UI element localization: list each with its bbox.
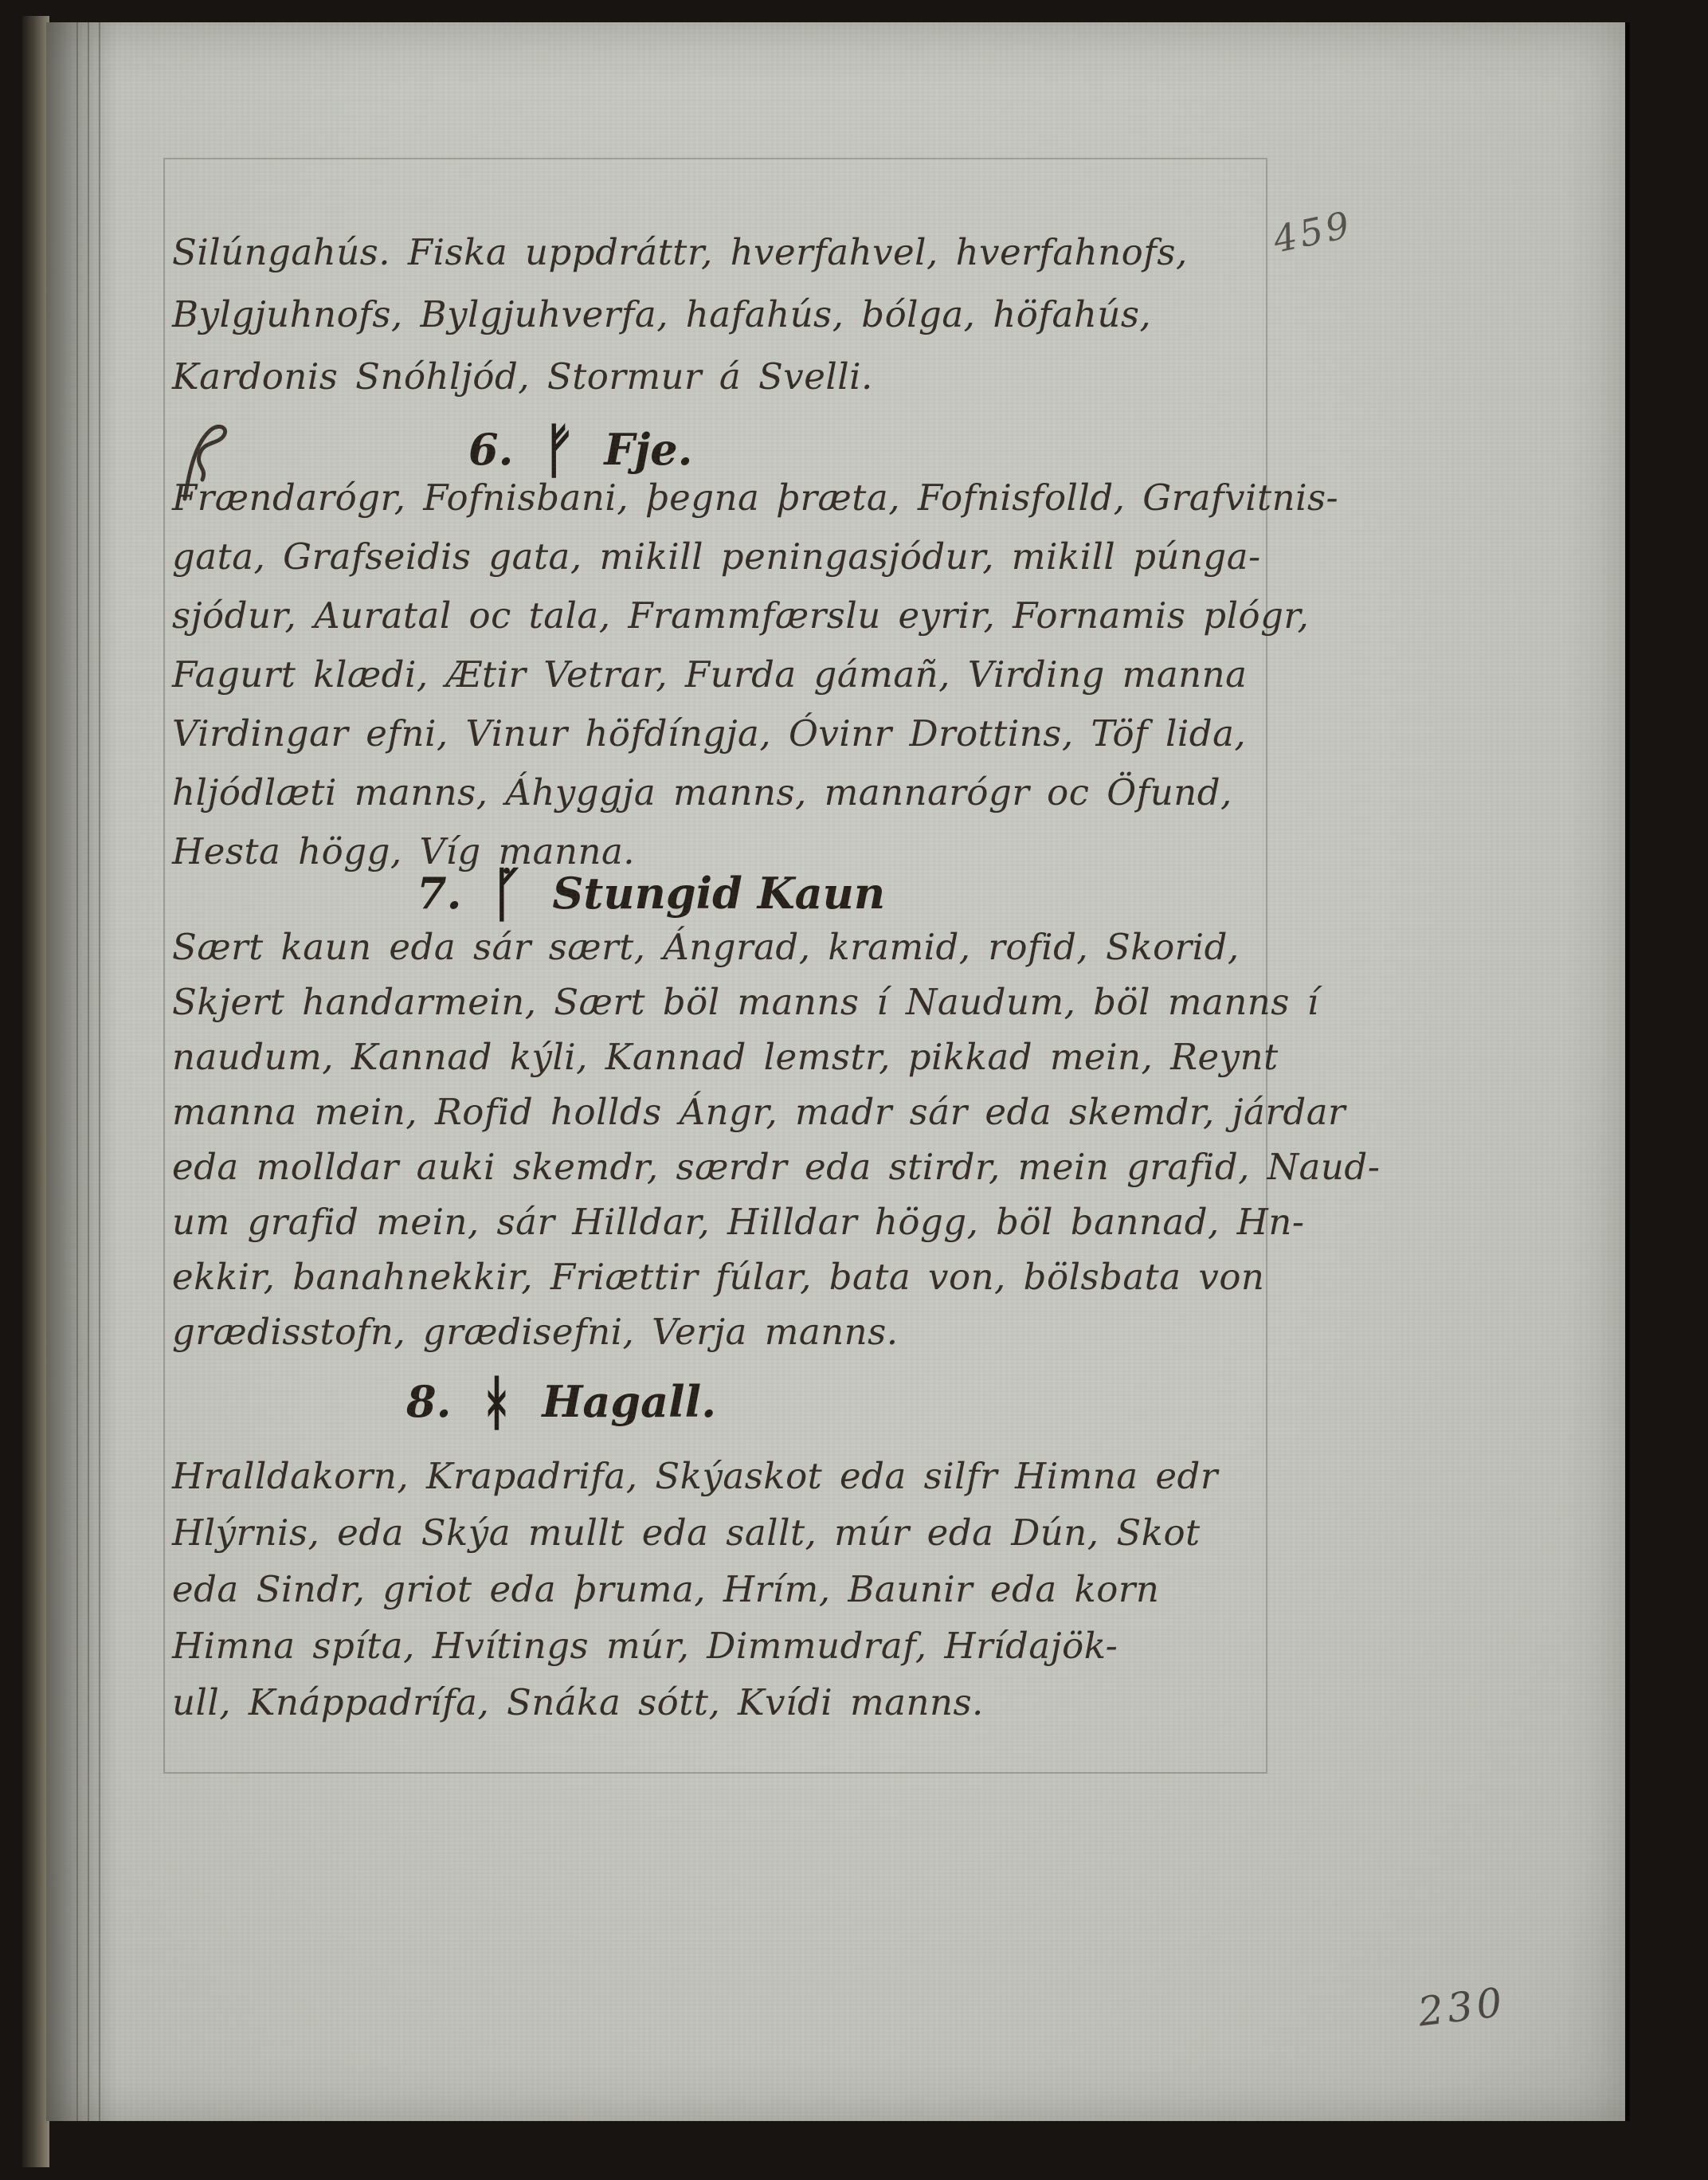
section-title: Stungid Kaun [552, 868, 885, 919]
page-edge-line [99, 22, 100, 2121]
text-line: Kardonis Snóhljód, Stormur á Svelli. [172, 355, 1188, 418]
text-line: Fagurt klædi, Ætir Vetrar, Furda gámañ, … [172, 653, 1338, 712]
text-line: Skjert handarmein, Sært böl manns í Naud… [172, 981, 1380, 1036]
text-line: Bylgjuhnofs, Bylgjuhverfa, hafahús, bólg… [172, 293, 1188, 355]
section-heading-fje: 6. ᚠ Fje. [468, 417, 692, 485]
manuscript-page: 459 Silúngahús. Fiska uppdráttr, hverfah… [46, 22, 1625, 2121]
text-line: naudum, Kannad kýli, Kannad lemstr, pikk… [172, 1036, 1380, 1091]
section-heading-stungid-kaun: 7. ᚵ Stungid Kaun [417, 861, 885, 929]
paragraph-2: Frændarógr, Fofnisbani, þegna þræta, Fof… [172, 476, 1338, 889]
section-title: Hagall. [542, 1376, 716, 1427]
gutter-shadow [46, 22, 118, 2121]
page-edge-line [88, 22, 89, 2121]
paragraph-4: Hralldakorn, Krapadrifa, Skýaskot eda si… [172, 1455, 1218, 1738]
section-number: 6. [468, 424, 513, 475]
text-line: eda molldar auki skemdr, særdr eda stird… [172, 1146, 1380, 1201]
dotted-kaun-rune-glyph: ᚵ [489, 861, 524, 929]
text-line: sjódur, Auratal oc tala, Frammfærslu eyr… [172, 594, 1338, 653]
text-line: gata, Grafseidis gata, mikill peningasjó… [172, 535, 1338, 594]
section-heading-hagall: 8. ᚼ Hagall. [406, 1369, 716, 1437]
section-number: 8. [406, 1376, 451, 1427]
hagall-rune-glyph: ᚼ [479, 1369, 514, 1437]
paragraph-3: Sært kaun eda sár sært, Ángrad, kramid, … [172, 926, 1380, 1366]
text-line: Hralldakorn, Krapadrifa, Skýaskot eda si… [172, 1455, 1218, 1511]
book-page-edges [22, 16, 49, 2167]
folio-number: 459 [1269, 202, 1356, 261]
text-line: manna mein, Rofid hollds Ángr, madr sár … [172, 1091, 1380, 1146]
text-line: um grafid mein, sár Hilldar, Hilldar hög… [172, 1201, 1380, 1256]
text-line: ull, Knáppadrífa, Snáka sótt, Kvídi mann… [172, 1681, 1218, 1738]
page-number: 230 [1416, 1978, 1509, 2035]
text-line: eda Sindr, griot eda þruma, Hrím, Baunir… [172, 1568, 1218, 1625]
text-line: Hlýrnis, eda Skýa mullt eda sallt, múr e… [172, 1511, 1218, 1568]
section-title: Fje. [604, 424, 692, 475]
text-line: Virdingar efni, Vinur höfdíngja, Óvinr D… [172, 712, 1338, 771]
page-edge-line [76, 22, 78, 2121]
text-line: Silúngahús. Fiska uppdráttr, hverfahvel,… [172, 231, 1188, 293]
text-line: ekkir, banahnekkir, Friættir fúlar, bata… [172, 1256, 1380, 1311]
fe-rune-glyph: ᚠ [541, 417, 576, 485]
text-line: grædisstofn, grædisefni, Verja manns. [172, 1311, 1380, 1366]
text-line: Frændarógr, Fofnisbani, þegna þræta, Fof… [172, 476, 1338, 535]
paragraph-1: Silúngahús. Fiska uppdráttr, hverfahvel,… [172, 231, 1188, 418]
text-line: Sært kaun eda sár sært, Ángrad, kramid, … [172, 926, 1380, 981]
section-number: 7. [417, 868, 461, 919]
manuscript-scan: 459 Silúngahús. Fiska uppdráttr, hverfah… [0, 0, 1708, 2180]
text-line: Himna spíta, Hvítings múr, Dimmudraf, Hr… [172, 1625, 1218, 1681]
text-line: hljódlæti manns, Áhyggja manns, mannaróg… [172, 771, 1338, 830]
